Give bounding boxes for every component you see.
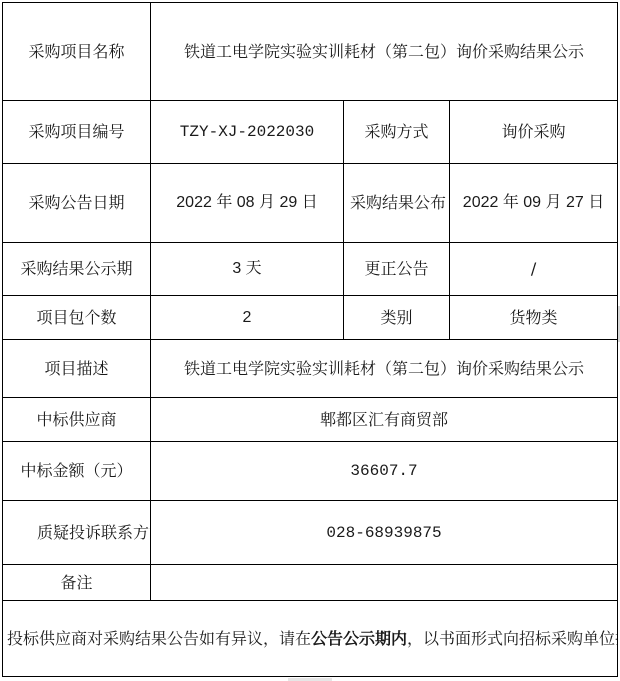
description-label: 项目描述	[3, 340, 151, 398]
result-publish-date-label: 采购结果公布日期	[344, 164, 450, 243]
row-complaint-contact: 质疑投诉联系方式 028-68939875	[3, 501, 618, 565]
row-note: 投标供应商对采购结果公告如有异议，请在公告公示期内，以书面形式向招标采购单位提出…	[3, 601, 618, 677]
winning-amount-label: 中标金额（元）	[3, 442, 151, 501]
correction-notice-label: 更正公告	[344, 243, 450, 296]
result-publish-date-value: 2022 年 09 月 27 日	[450, 164, 618, 243]
publicity-period-value: 3 天	[151, 243, 344, 296]
project-name-label: 采购项目名称	[3, 3, 151, 101]
winning-amount-value: 36607.7	[151, 442, 618, 501]
category-label: 类别	[344, 296, 450, 340]
complaint-contact-label: 质疑投诉联系方式	[3, 501, 151, 565]
procurement-result-table: 采购项目名称 铁道工电学院实验实训耗材（第二包）询价采购结果公示 采购项目编号 …	[2, 2, 618, 677]
announcement-date-value: 2022 年 08 月 29 日	[151, 164, 344, 243]
note-emphasis: 公告公示期内	[311, 629, 407, 648]
row-remarks: 备注	[3, 565, 618, 601]
row-winning-amount: 中标金额（元） 36607.7	[3, 442, 618, 501]
project-number-label: 采购项目编号	[3, 101, 151, 164]
procurement-method-value: 询价采购	[450, 101, 618, 164]
package-count-label: 项目包个数	[3, 296, 151, 340]
row-package-count: 项目包个数 2 类别 货物类	[3, 296, 618, 340]
note-text-part2: ，以书面形式向招标采购单位提出质疑，招标采购单位将尽快予以答复。	[407, 629, 618, 648]
row-winning-supplier: 中标供应商 郫都区汇有商贸部	[3, 398, 618, 442]
correction-notice-value: /	[450, 243, 618, 296]
description-value: 铁道工电学院实验实训耗材（第二包）询价采购结果公示	[151, 340, 618, 398]
row-description: 项目描述 铁道工电学院实验实训耗材（第二包）询价采购结果公示	[3, 340, 618, 398]
row-publicity-period: 采购结果公示期 3 天 更正公告 /	[3, 243, 618, 296]
publicity-period-label: 采购结果公示期	[3, 243, 151, 296]
package-count-value: 2	[151, 296, 344, 340]
announcement-date-label: 采购公告日期	[3, 164, 151, 243]
row-announcement-date: 采购公告日期 2022 年 08 月 29 日 采购结果公布日期 2022 年 …	[3, 164, 618, 243]
category-value: 货物类	[450, 296, 618, 340]
winning-supplier-label: 中标供应商	[3, 398, 151, 442]
complaint-contact-value: 028-68939875	[151, 501, 618, 565]
row-project-name: 采购项目名称 铁道工电学院实验实训耗材（第二包）询价采购结果公示	[3, 3, 618, 101]
remarks-value	[151, 565, 618, 601]
procurement-method-label: 采购方式	[344, 101, 450, 164]
note-text-part1: 投标供应商对采购结果公告如有异议，请在	[7, 629, 311, 648]
winning-supplier-value: 郫都区汇有商贸部	[151, 398, 618, 442]
objection-note: 投标供应商对采购结果公告如有异议，请在公告公示期内，以书面形式向招标采购单位提出…	[3, 601, 618, 677]
row-project-number: 采购项目编号 TZY-XJ-2022030 采购方式 询价采购	[3, 101, 618, 164]
project-name-value: 铁道工电学院实验实训耗材（第二包）询价采购结果公示	[151, 3, 618, 101]
project-number-value: TZY-XJ-2022030	[151, 101, 344, 164]
remarks-label: 备注	[3, 565, 151, 601]
